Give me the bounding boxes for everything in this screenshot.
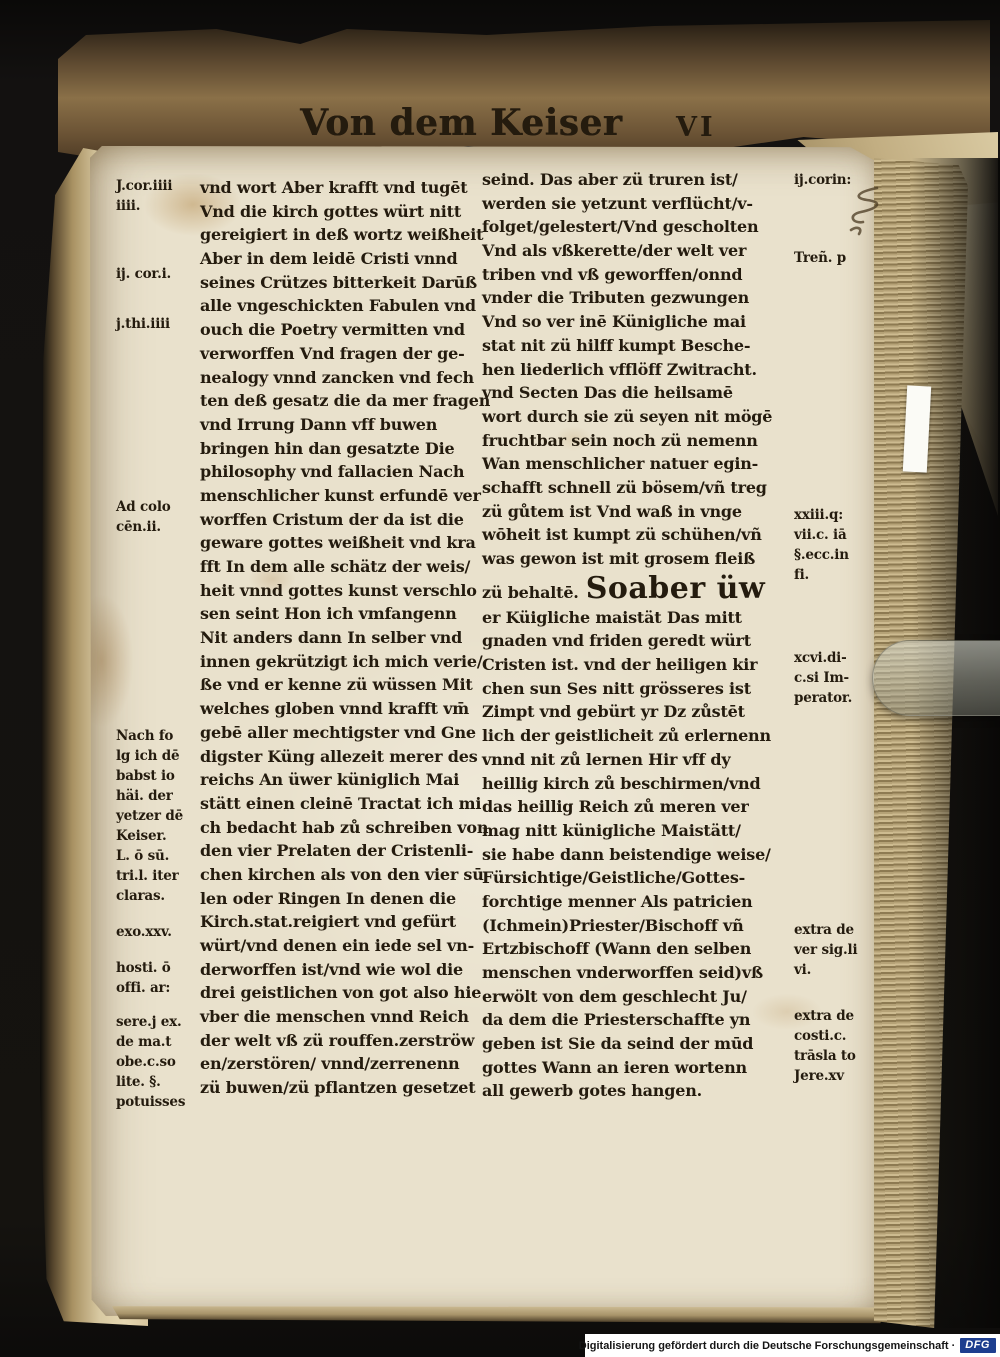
text-line: den vier Prelaten der Cristenli- (200, 839, 474, 863)
page-bottom-edge (112, 1305, 888, 1324)
text-line: Keiser. (116, 826, 204, 846)
page-holder-clamp (872, 640, 1000, 716)
text-line: Vnd als vßkerette/der welt ver (482, 239, 794, 263)
text-line: seind. Das aber zü truren ist/ (482, 168, 794, 192)
text-line: lich der geistlicheit zů erlernenn (482, 724, 794, 748)
text-line: seines Crützes bitterkeit Darūß (200, 271, 474, 295)
text-line: forchtige menner Als patricien (482, 890, 794, 914)
bookmark-sticker (903, 385, 931, 472)
text-line: perator. (794, 688, 882, 708)
page-title: Von dem Keiser (300, 102, 600, 144)
text-line: lite. §. (116, 1072, 204, 1092)
margin-note-left: ij. cor.i. (116, 264, 204, 284)
text-line: en/zerstören/ vnnd/zerrenenn (200, 1052, 474, 1076)
text-line: Kirch.stat.reigiert vnd gefürt (200, 910, 474, 934)
text-line: derworffen ist/vnd wie wol die (200, 958, 474, 982)
text-line: vber die menschen vnnd Reich (200, 1005, 474, 1029)
text-line: verworffen Vnd fragen der ge- (200, 342, 474, 366)
text-line: menschen vnderworffen seid)vß (482, 961, 794, 985)
text-line: Ertzbischoff (Wann den selben (482, 937, 794, 961)
margin-note-left: hosti. ōoffi. ar: (116, 958, 204, 998)
text-line: offi. ar: (116, 978, 204, 998)
text-line: xxiii.q: (794, 505, 882, 525)
text-line: das heillig Reich zů meren ver (482, 795, 794, 819)
text-block: er Küigliche maistät Das mittgnaden vnd … (482, 606, 794, 1103)
text-line: welches globen vnnd krafft vm̄ (200, 697, 474, 721)
text-line: digster Küng allezeit merer des (200, 745, 474, 769)
text-line: werden sie yetzunt verflücht/v- (482, 192, 794, 216)
text-line: L. ō sū. (116, 846, 204, 866)
text-line: stätt einen cleinē Tractat ich mi (200, 792, 474, 816)
margin-note-left: J.cor.iiiiiiii. (116, 176, 204, 216)
text-line: gottes Wann an ieren wortenn (482, 1056, 794, 1080)
text-line: menschlicher kunst erfundē ver (200, 484, 474, 508)
text-line: Nit anders dann In selber vnd (200, 626, 474, 650)
text-line: Vnd so ver inē Künigliche mai (482, 310, 794, 334)
text-line: innen gekrützigt ich mich verie/ (200, 650, 474, 674)
text-line: alle vngeschickten Fabulen vnd (200, 294, 474, 318)
credit-bar: Digitalisierung gefördert durch die Deut… (585, 1334, 1000, 1357)
text-line: ver sig.li (794, 940, 882, 960)
text-line: gebē aller mechtigster vnd Gne (200, 721, 474, 745)
text-line: sere.j ex. (116, 1012, 204, 1032)
text-line: Vnd die kirch gottes würt nitt (200, 200, 474, 224)
section-display-text: Soaber üw (586, 571, 766, 606)
text-line: vnd Secten Das die heilsamē (482, 381, 794, 405)
margin-note-left: Ad colocēn.ii. (116, 497, 204, 537)
text-line: da dem die Priesterschaffte yn (482, 1008, 794, 1032)
margin-note-left: sere.j ex.de ma.tobe.c.solite. §.potuiss… (116, 1012, 204, 1112)
text-line: wort durch sie zü seyen nit mögē (482, 405, 794, 429)
text-line: extra de (794, 920, 882, 940)
text-line: geware gottes weißheit vnd kra (200, 531, 474, 555)
text-line: reichs An üwer küniglich Mai (200, 768, 474, 792)
text-line: exo.xxv. (116, 922, 204, 942)
text-line: triben vnd vß geworffen/onnd (482, 263, 794, 287)
text-line: j.thi.iiii (116, 314, 204, 334)
text-column-left: vnd wort Aber krafft vnd tugētVnd die ki… (200, 176, 474, 1100)
text-line: worffen Cristum der da ist die (200, 508, 474, 532)
margin-note-right: xcvi.di-c.si Im-perator. (794, 648, 882, 708)
text-column-right: seind. Das aber zü truren ist/werden sie… (482, 168, 794, 1103)
text-line: zü gůtem ist Vnd waß in vnge (482, 500, 794, 524)
text-line: babst io (116, 766, 204, 786)
text-line: J.cor.iiii (116, 176, 204, 196)
text-line: Fürsichtige/Geistliche/Gottes- (482, 866, 794, 890)
text-line: trāsla to (794, 1046, 882, 1066)
text-line: gereigiert in deß wortz weißheit (200, 223, 474, 247)
text-line: fi. (794, 565, 882, 585)
text-line: costi.c. (794, 1026, 882, 1046)
text-line: len oder Ringen In denen die (200, 887, 474, 911)
dfg-logo: DFG (960, 1338, 996, 1353)
text-line: lg ich dē (116, 746, 204, 766)
text-line: vi. (794, 960, 882, 980)
text-line: heit vnnd gottes kunst verschlo (200, 579, 474, 603)
text-line: heillig kirch zů beschirmen/vnd (482, 772, 794, 796)
text-line: Aber in dem leidē Cristi vnnd (200, 247, 474, 271)
text-line: c.si Im- (794, 668, 882, 688)
folio-number: VI (676, 112, 716, 143)
text-line: §.ecc.in (794, 545, 882, 565)
text-line: Jere.xv (794, 1066, 882, 1086)
text-line: vii.c. iā (794, 525, 882, 545)
text-line: gnaden vnd friden geredt würt (482, 629, 794, 653)
text-line: hen liederlich vfflöff Zwitracht. (482, 358, 794, 382)
text-line: ij. cor.i. (116, 264, 204, 284)
margin-note-right: extra decosti.c.trāsla toJere.xv (794, 1006, 882, 1086)
text-line: obe.c.so (116, 1052, 204, 1072)
text-line: (Ichmein)Priester/Bischoff vñ (482, 914, 794, 938)
text-line: fft In dem alle schätz der weis/ (200, 555, 474, 579)
margin-note-left: Nach folg ich dēbabst iohäi. deryetzer d… (116, 726, 204, 906)
text-line: Cristen ist. vnd der heiligen kir (482, 653, 794, 677)
text-line: er Küigliche maistät Das mitt (482, 606, 794, 630)
text-block: seind. Das aber zü truren ist/werden sie… (482, 168, 794, 571)
margin-note-left: j.thi.iiii (116, 314, 204, 334)
text-line: philosophy vnd fallacien Nach (200, 460, 474, 484)
text-line: hosti. ō (116, 958, 204, 978)
text-line: folget/gelestert/Vnd gescholten (482, 215, 794, 239)
text-line: Nach fo (116, 726, 204, 746)
text-line: mag nitt künigliche Maistätt/ (482, 819, 794, 843)
fore-edge (874, 158, 968, 1328)
text-line: häi. der (116, 786, 204, 806)
text-line: was gewon ist mit grosem fleiß (482, 547, 794, 571)
text-line: chen kirchen als von den vier sū (200, 863, 474, 887)
text-line: schafft schnell zü bösem/vñ treg (482, 476, 794, 500)
text-line: ouch die Poetry vermitten vnd (200, 318, 474, 342)
margin-note-right: xxiii.q:vii.c. iā§.ecc.infi. (794, 505, 882, 585)
text-line: zü buwen/zü pflantzen gesetzet (200, 1076, 474, 1100)
text-line: vnd wort Aber krafft vnd tugēt (200, 176, 474, 200)
text-line: Zimpt vnd gebürt yr Dz zůstēt (482, 700, 794, 724)
text-line: Treñ. p (794, 248, 882, 268)
scanned-book-photo: Von dem Keiser VI J.cor.iiiiiiii. ij. co… (0, 0, 1000, 1357)
margin-note-left: exo.xxv. (116, 922, 204, 942)
section-opening-line: zü behaltē. Soaber üw (482, 571, 794, 606)
text-line: sie habe dann beistendige weise/ (482, 843, 794, 867)
text-line: yetzer dē (116, 806, 204, 826)
text-line: tri.l. iter (116, 866, 204, 886)
text-line: nealogy vnnd zancken vnd fech (200, 366, 474, 390)
text-line: stat nit zü hilff kumpt Besche- (482, 334, 794, 358)
text-line: fruchtbar sein noch zü nemenn (482, 429, 794, 453)
text-line: erwölt von dem geschlecht Ju/ (482, 985, 794, 1009)
text-line: claras. (116, 886, 204, 906)
text-line: all gewerb gotes hangen. (482, 1079, 794, 1103)
text-line: sen seint Hon ich vmfangenn (200, 602, 474, 626)
text-line: extra de (794, 1006, 882, 1026)
text-line: de ma.t (116, 1032, 204, 1052)
text-line: würt/vnd denen ein iede sel vn- (200, 934, 474, 958)
text-line: vnnd nit zů lernen Hir vff dy (482, 748, 794, 772)
margin-note-right: Treñ. p (794, 248, 882, 268)
credit-text: Digitalisierung gefördert durch die Deut… (579, 1340, 956, 1352)
text-line: Ad colo (116, 497, 204, 517)
text-line: drei geistlichen von got also hie (200, 981, 474, 1005)
text-line: vnd Irrung Dann vff buwen (200, 413, 474, 437)
text-line: xcvi.di- (794, 648, 882, 668)
text-line: bringen hin dan gesatzte Die (200, 437, 474, 461)
text-line: der welt vß zü rouffen.zerströw (200, 1029, 474, 1053)
margin-note-right: extra dever sig.livi. (794, 920, 882, 980)
text-line: Wan menschlicher natuer egin- (482, 452, 794, 476)
section-lead-text: zü behaltē. (482, 583, 579, 602)
text-line: vnder die Tributen gezwungen (482, 286, 794, 310)
text-line: ten deß gesatz die da mer fragen (200, 389, 474, 413)
text-line: ch bedacht hab zů schreiben von (200, 816, 474, 840)
text-line: potuisses (116, 1092, 204, 1112)
text-line: wōheit ist kumpt zü schühen/vñ (482, 523, 794, 547)
text-line: iiii. (116, 196, 204, 216)
text-line: cēn.ii. (116, 517, 204, 537)
handwritten-mark (843, 184, 891, 240)
text-line: geben ist Sie da seind der mūd (482, 1032, 794, 1056)
text-line: chen sun Ses nitt grösseres ist (482, 677, 794, 701)
text-line: ße vnd er kenne zü wüssen Mit (200, 673, 474, 697)
